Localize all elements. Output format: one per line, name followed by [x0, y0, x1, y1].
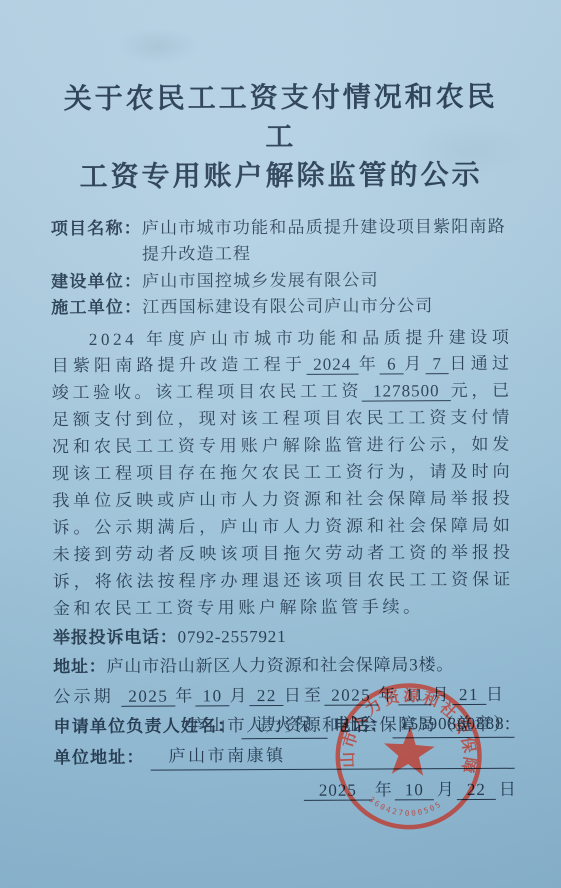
header-fields: 项目名称： 庐山市城市功能和品质提升建设项目紫阳南路提升改造工程 建设单位： 庐…	[51, 213, 513, 321]
unit-address-label: 单位地址：	[54, 744, 145, 771]
title-line-2: 工资专用账户解除监管的公示	[50, 156, 511, 197]
seal-star-icon	[382, 725, 436, 776]
contractor-unit-value: 江西国标建设有限公司庐山市分公司	[142, 293, 512, 321]
contractor-unit-label: 施工单位：	[51, 295, 142, 322]
report-phone-line: 举报投诉电话：0792-2557921	[53, 622, 514, 651]
project-name-value: 庐山市城市功能和品质提升建设项目紫阳南路提升改造工程	[142, 213, 512, 268]
construction-unit-value: 庐山市国控城乡发展有限公司	[142, 266, 512, 294]
title-line-1: 关于农民工工资支付情况和农民工	[50, 78, 511, 158]
completion-day-underlined: 7	[425, 355, 449, 375]
bureau-address-label: 地址：	[53, 657, 107, 676]
notice-text-5: 元，已足额支付到位，现对该工程项目农民工工资支付情况和农民工工资专用账户解除监管…	[52, 381, 514, 618]
period-to-char: 日至	[284, 686, 325, 705]
notice-text-2: 年	[358, 355, 380, 374]
period-start-month-underlined: 10	[196, 687, 230, 707]
report-phone-number: 0792-2557921	[178, 627, 287, 647]
report-phone-label: 举报投诉电话：	[53, 628, 178, 648]
period-start-year-underlined: 2025	[121, 687, 175, 707]
completion-month-underlined: 6	[380, 355, 404, 375]
document-sheet: 关于农民工工资支付情况和农民工 工资专用账户解除监管的公示 项目名称： 庐山市城…	[0, 0, 561, 888]
official-red-seal: 庐山市人力资源和社会保障局 360427000505	[327, 675, 491, 839]
notice-document-photo: 关于农民工工资支付情况和农民工 工资专用账户解除监管的公示 项目名称： 庐山市城…	[0, 0, 561, 888]
document-title: 关于农民工工资支付情况和农民工 工资专用账户解除监管的公示	[50, 78, 512, 197]
period-month-char-1: 月	[230, 687, 250, 706]
field-contractor-unit: 施工单位： 江西国标建设有限公司庐山市分公司	[51, 293, 512, 322]
field-construction-unit: 建设单位： 庐山市国控城乡发展有限公司	[51, 266, 512, 295]
field-project-name: 项目名称： 庐山市城市功能和品质提升建设项目紫阳南路提升改造工程	[51, 213, 512, 268]
wage-amount-underlined: 1278500	[362, 381, 451, 401]
notice-paragraph: 2024 年度庐山市城市功能和品质提升建设项目紫阳南路提升改造工程于2024年6…	[51, 324, 514, 622]
document-content: 关于农民工工资支付情况和农民工 工资专用账户解除监管的公示 项目名称： 庐山市城…	[0, 0, 561, 772]
period-start-day-underlined: 22	[250, 686, 284, 706]
issue-day-char: 日	[496, 780, 519, 799]
bureau-address-line: 地址：庐山市沿山新区人力资源和社会保障局3楼。	[53, 651, 514, 680]
period-prefix: 公示期	[53, 687, 114, 706]
completion-year-underlined: 2024	[306, 355, 358, 375]
construction-unit-label: 建设单位：	[51, 268, 142, 295]
bureau-address-value: 庐山市沿山新区人力资源和社会保障局3楼。	[107, 656, 455, 677]
seal-number-text: 360427000505	[366, 795, 444, 821]
period-year-char-1: 年	[175, 687, 195, 706]
notice-text-3: 月	[404, 355, 426, 374]
project-name-label: 项目名称：	[51, 215, 142, 242]
